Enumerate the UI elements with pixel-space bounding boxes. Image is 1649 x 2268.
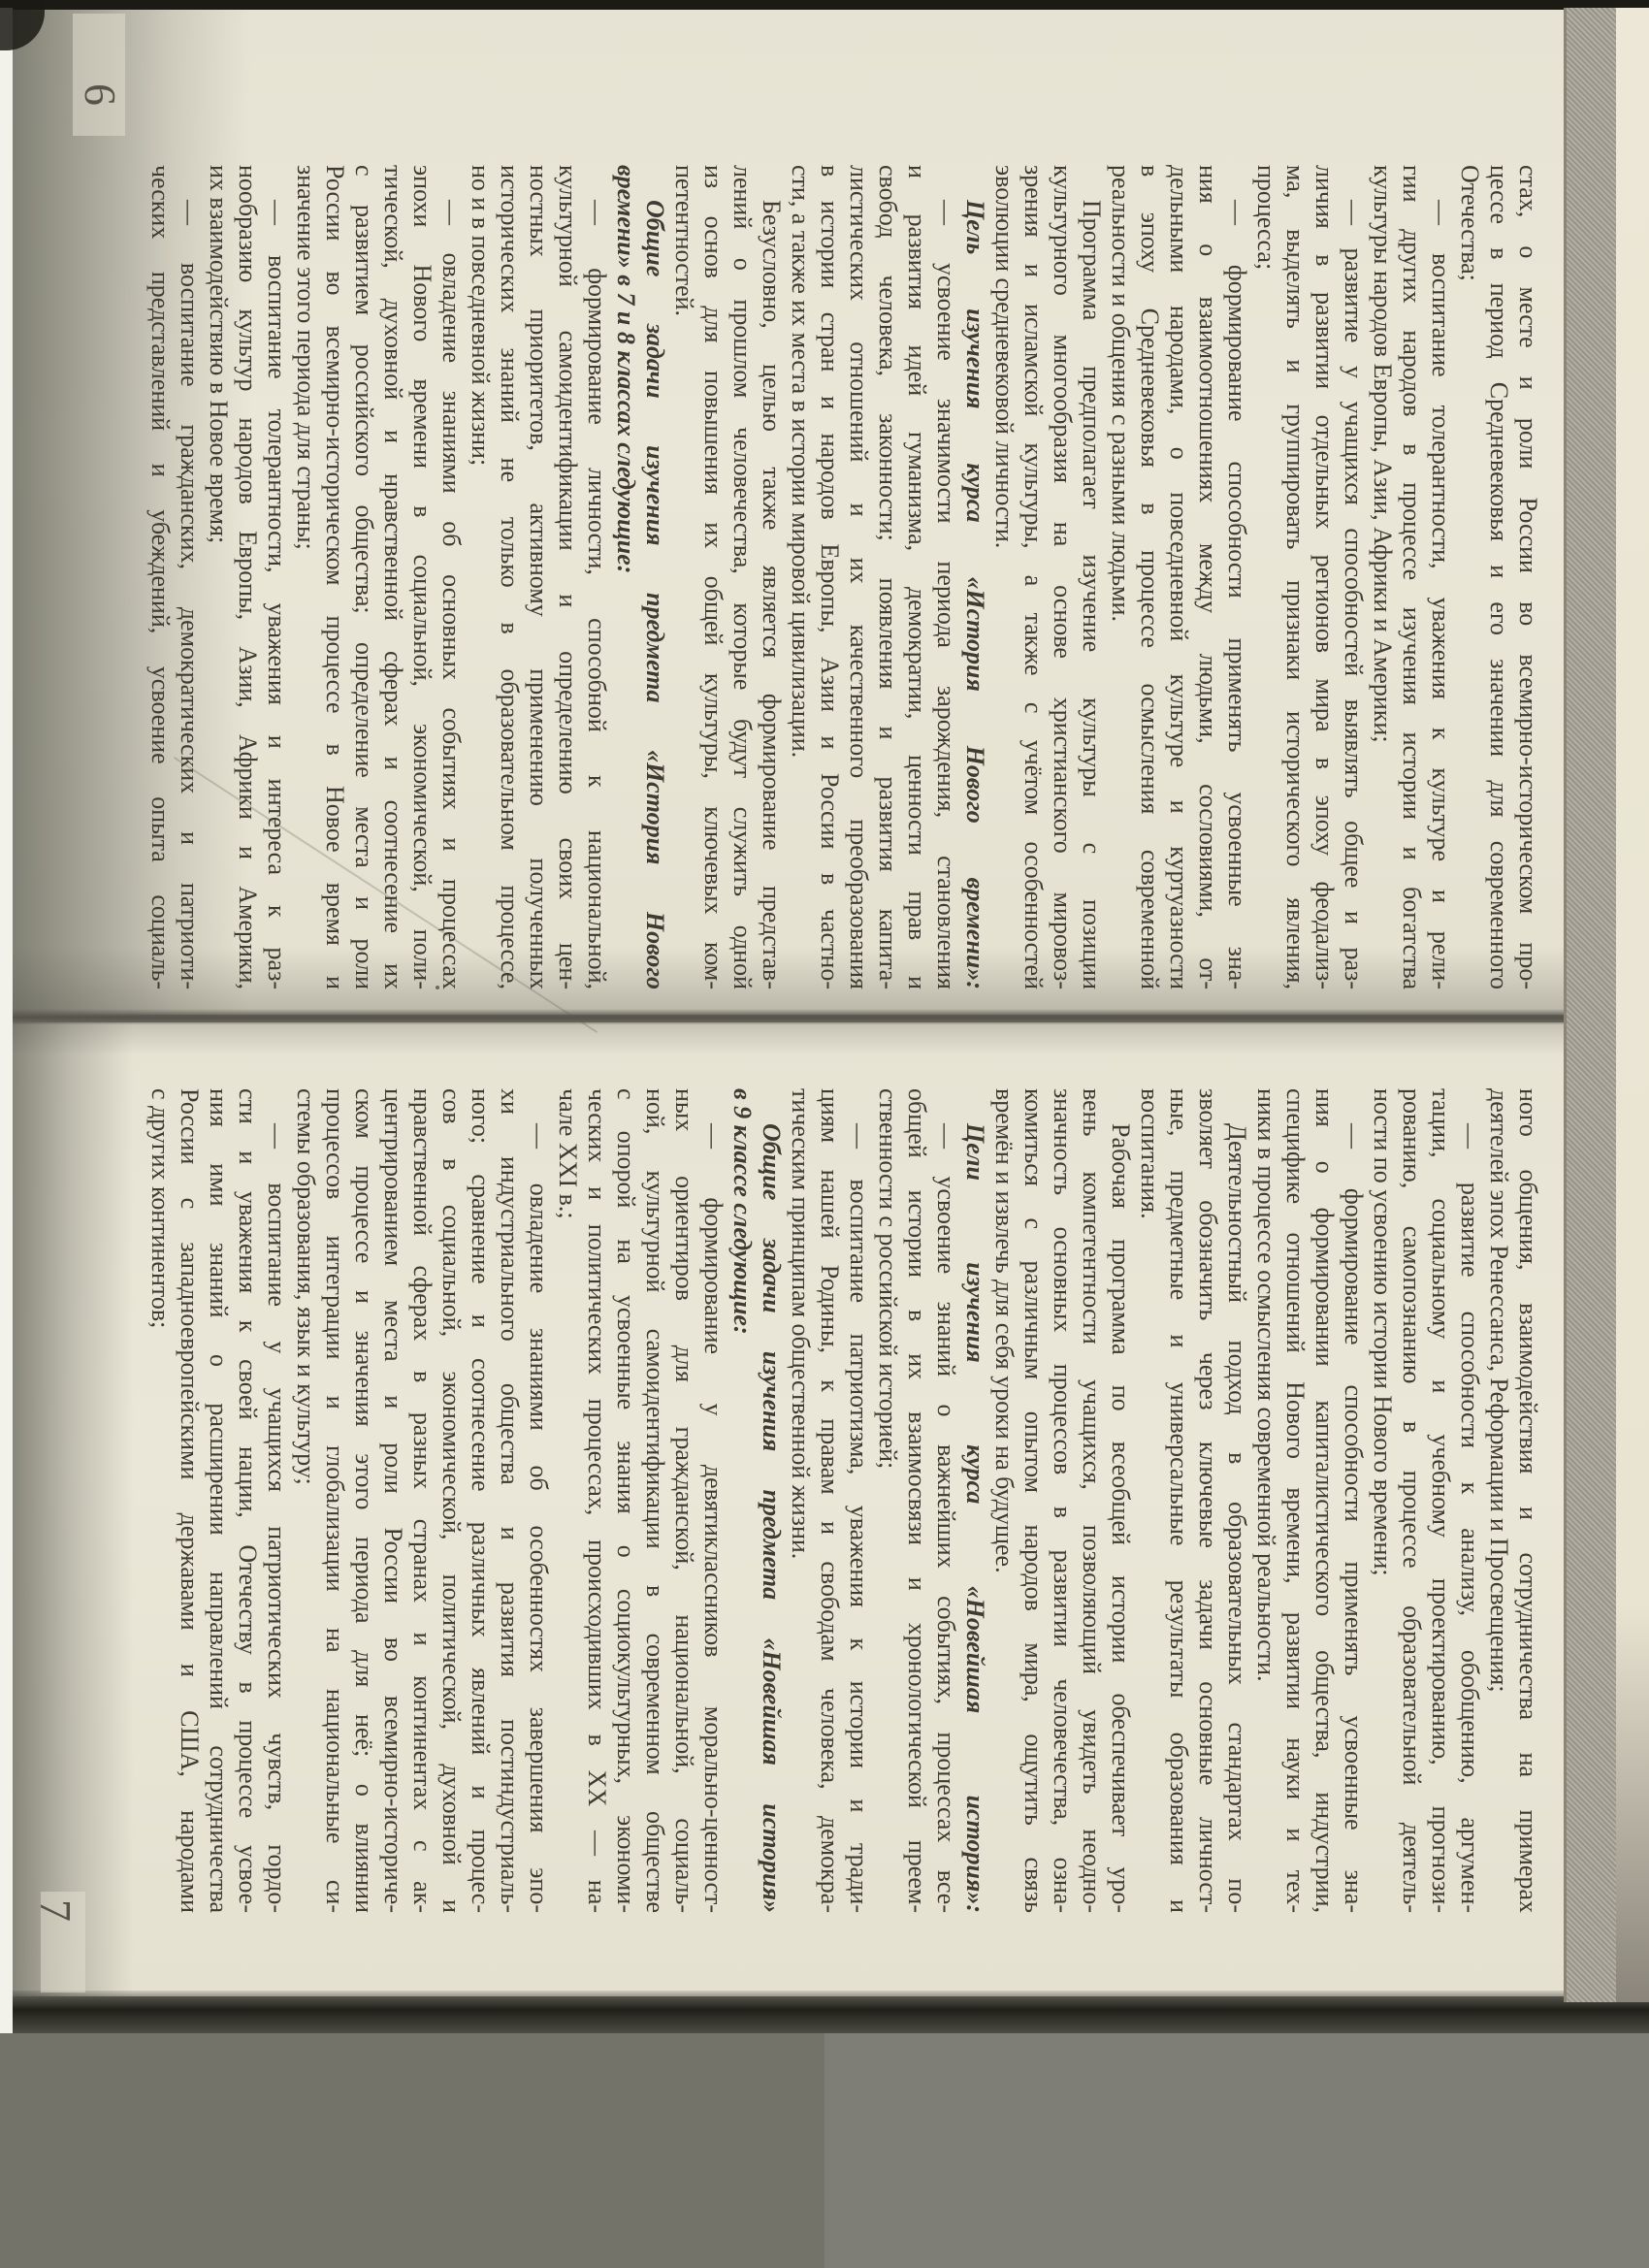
text-line: сов в социальной, экономической, политич… bbox=[436, 1088, 466, 1913]
text-line: — формирование личности, способной к нац… bbox=[582, 165, 611, 989]
text-line: ния о взаимоотношениях между людьми, сос… bbox=[1193, 165, 1222, 989]
text-line: ного общения, взаимодействия и сотруднич… bbox=[1513, 1088, 1542, 1913]
scanner-background bbox=[824, 2033, 1649, 2268]
text-line: сти, а также их места в истории мировой … bbox=[786, 165, 815, 989]
text-line: ческих и политических процессах, происхо… bbox=[582, 1088, 611, 1913]
text-line: значность основных процессов в развитии … bbox=[1048, 1088, 1077, 1913]
text-line: циям нашей Родины, к правам и свободам ч… bbox=[815, 1088, 844, 1913]
text-line: тическим принципам общественной жизни. bbox=[786, 1088, 815, 1913]
text-line: ники в процессе осмысления современной р… bbox=[1251, 1088, 1280, 1913]
text-line: — воспитание толерантности, уважения к к… bbox=[1426, 165, 1455, 989]
text-line: ных ориентиров для гражданской, национал… bbox=[669, 1088, 698, 1913]
text-line: ности по усвоению истории Нового времени… bbox=[1368, 1088, 1397, 1913]
text-line: с других континентов; bbox=[145, 1088, 175, 1913]
text-line: ной, культурной самоидентификации в совр… bbox=[640, 1088, 669, 1913]
page-number-7: 7 bbox=[33, 1899, 78, 1922]
text-line: в истории стран и народов Европы, Азии и… bbox=[815, 165, 844, 989]
text-line: Рабочая программа по всеобщей истории об… bbox=[1106, 1088, 1135, 1913]
book-fore-edge-band bbox=[1564, 8, 1619, 2002]
text-line: деятелей эпох Ренессанса, Реформации и П… bbox=[1484, 1088, 1513, 1913]
scanner-left-edge bbox=[0, 8, 13, 2033]
text-line: петентностей. bbox=[669, 165, 698, 989]
text-line: листических отношений и их качественного… bbox=[844, 165, 873, 989]
text-line: рованию, самопознанию в процессе образов… bbox=[1397, 1088, 1426, 1913]
text-line: в 9 классе следующие: bbox=[727, 1088, 757, 1913]
text-line: времён и извлечь для себя уроки на будущ… bbox=[989, 1088, 1018, 1913]
text-line: ния ими знаний о расширении направлений … bbox=[204, 1088, 233, 1913]
text-line: ностных приоритетов, активному применени… bbox=[524, 165, 553, 989]
text-line: комиться с различным опытом народов мира… bbox=[1018, 1088, 1048, 1913]
page-number-6: 6 bbox=[78, 83, 122, 106]
text-line: личия в развитии отдельных регионов мира… bbox=[1309, 165, 1339, 989]
text-line: свобод человека, законности; появления и… bbox=[873, 165, 902, 989]
text-line: Отечества; bbox=[1455, 165, 1484, 989]
text-line: времени» в 7 и 8 классах следующие: bbox=[611, 165, 640, 989]
text-line: дельными народами, о повседневной культу… bbox=[1164, 165, 1193, 989]
text-line: Цель изучения курса «История Нового врем… bbox=[960, 165, 989, 989]
text-line: Деятельностный подход в образовательных … bbox=[1222, 1088, 1251, 1913]
text-line: России с западноевропейскими державами и… bbox=[175, 1088, 204, 1913]
text-line: ния о формировании капиталистического об… bbox=[1309, 1088, 1339, 1913]
text-line: ма, выделять и группировать признаки ист… bbox=[1280, 165, 1309, 989]
text-line: эпохи Нового времени в социальной, эконо… bbox=[407, 165, 436, 989]
underlying-page-edge bbox=[1616, 8, 1649, 2002]
text-line: значение этого периода для страны; bbox=[291, 165, 320, 989]
text-line: ного; сравнение и соотнесение различных … bbox=[466, 1088, 495, 1913]
text-line: Безусловно, целью также является формиро… bbox=[757, 165, 786, 989]
text-line: культурной самоидентификации и определен… bbox=[553, 165, 582, 989]
text-line: — воспитание толерантности, уважения и и… bbox=[262, 165, 291, 989]
page-6-text-block: стах, о месте и роли России во всемирно-… bbox=[145, 165, 1542, 989]
text-line: в эпоху Средневековья в процессе осмысле… bbox=[1135, 165, 1164, 989]
text-line: с опорой на усвоенные знания о социокуль… bbox=[611, 1088, 640, 1913]
text-line: и развития идей гуманизма, демократии, ц… bbox=[902, 165, 931, 989]
text-line: России во всемирно-историческом процессе… bbox=[320, 165, 349, 989]
text-line: Программа предполагает изучение культуры… bbox=[1077, 165, 1106, 989]
text-line: с развитием российского общества; опреде… bbox=[349, 165, 378, 989]
text-line: ческих представлений и убеждений, усвоен… bbox=[145, 165, 175, 989]
text-line: но и в повседневной жизни; bbox=[466, 165, 495, 989]
text-line: реальности и общения с разными людьми. bbox=[1106, 165, 1135, 989]
text-line: культурного многообразия на основе христ… bbox=[1048, 165, 1077, 989]
text-line: — овладение знаниями об основных события… bbox=[436, 165, 466, 989]
text-line: Цели изучения курса «Новейшая история»: bbox=[960, 1088, 989, 1913]
text-line: зволяет обозначить через ключевые задачи… bbox=[1193, 1088, 1222, 1913]
text-line: — воспитание у учащихся патриотических ч… bbox=[262, 1088, 291, 1913]
text-line: стах, о месте и роли России во всемирно-… bbox=[1513, 165, 1542, 989]
text-line: стемы образования, язык и культуру; bbox=[291, 1088, 320, 1913]
text-line: воспитания. bbox=[1135, 1088, 1164, 1913]
page-7-text-block: ного общения, взаимодействия и сотруднич… bbox=[145, 1088, 1542, 1913]
text-line: — воспитание патриотизма, уважения к ист… bbox=[844, 1088, 873, 1913]
text-line: общей истории в их взаимосвязи и хроноло… bbox=[902, 1088, 931, 1913]
text-line: процесса; bbox=[1251, 165, 1280, 989]
text-line: ском процессе и значения этого периода д… bbox=[349, 1088, 378, 1913]
text-line: — формирование способности применять усв… bbox=[1339, 1088, 1368, 1913]
text-line: хи индустриального общества и развития п… bbox=[495, 1088, 524, 1913]
text-line: сти и уважения к своей нации, Отечеству … bbox=[233, 1088, 262, 1913]
text-line: — овладение знаниями об особенностях зав… bbox=[524, 1088, 553, 1913]
text-line: ственности с российской историей; bbox=[873, 1088, 902, 1913]
folio-patch bbox=[73, 14, 125, 136]
text-line: из основ для повышения их общей культуры… bbox=[698, 165, 727, 989]
text-line: ные, предметные и универсальные результа… bbox=[1164, 1088, 1193, 1913]
text-line: нравственной сферах в разных странах и к… bbox=[407, 1088, 436, 1913]
text-line: вень компетентности учащихся, позволяющи… bbox=[1077, 1088, 1106, 1913]
text-line: их взаимодействию в Новое время; bbox=[204, 165, 233, 989]
text-line: культуры народов Европы, Азии, Африки и … bbox=[1368, 165, 1397, 989]
text-line: Общие задачи изучения предмета «Новейшая… bbox=[757, 1088, 786, 1913]
text-line: специфике отношений Нового времени, разв… bbox=[1280, 1088, 1309, 1913]
text-line: — формирование у девятиклассников мораль… bbox=[698, 1088, 727, 1913]
text-line: — развитие у учащихся способностей выявл… bbox=[1339, 165, 1368, 989]
text-line: — воспитание гражданских, демократически… bbox=[175, 165, 204, 989]
text-line: тации, социальному и учебному проектиров… bbox=[1426, 1088, 1455, 1913]
text-line: гии других народов в процессе изучения и… bbox=[1397, 165, 1426, 989]
text-line: — усвоение знаний о важнейших событиях, … bbox=[931, 1088, 960, 1913]
text-line: эволюции средневековой личности. bbox=[989, 165, 1018, 989]
gutter-shadow bbox=[13, 1009, 1564, 1024]
text-line: зрения и исламской культуры, а также с у… bbox=[1018, 165, 1048, 989]
page-bottom-shadow bbox=[13, 1991, 1649, 2033]
book-scan: 6 7 стах, о месте и роли России во всеми… bbox=[0, 0, 1649, 2268]
text-line: — развитие способности к анализу, обобще… bbox=[1455, 1088, 1484, 1913]
text-line: Общие задачи изучения предмета «История … bbox=[640, 165, 669, 989]
text-line: нообразию культур народов Европы, Азии, … bbox=[233, 165, 262, 989]
text-line: — формирование способности применять усв… bbox=[1222, 165, 1251, 989]
text-line: тической, духовной и нравственной сферах… bbox=[378, 165, 407, 989]
text-line: центрированием места и роли России во вс… bbox=[378, 1088, 407, 1913]
text-line: процессов интеграции и глобализации на н… bbox=[320, 1088, 349, 1913]
text-line: исторических знаний не только в образова… bbox=[495, 165, 524, 989]
text-line: лений о прошлом человечества, которые бу… bbox=[727, 165, 757, 989]
text-line: чале XXI в.; bbox=[553, 1088, 582, 1913]
text-line: — усвоение значимости периода зарождения… bbox=[931, 165, 960, 989]
text-line: цессе в период Средневековья и его значе… bbox=[1484, 165, 1513, 989]
